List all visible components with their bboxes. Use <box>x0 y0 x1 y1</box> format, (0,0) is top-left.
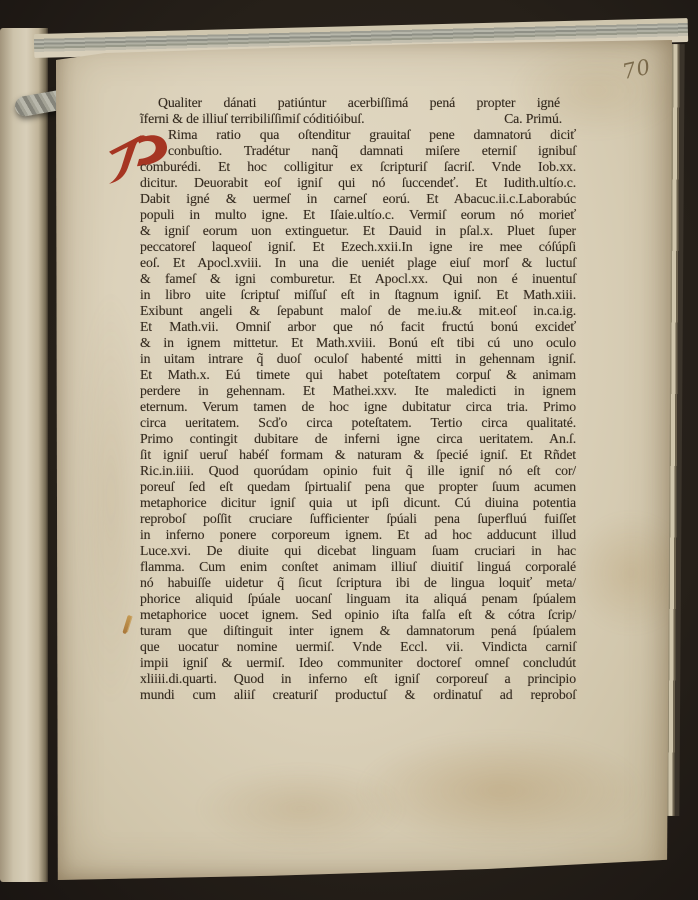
text-line: flamma. Cum enim conſtet animam illiuſ d… <box>140 559 576 575</box>
text-line: Dabit igné & uermeſ in carneſ eorú. Et A… <box>140 191 576 207</box>
text-line: Rima ratio qua oſtenditur grauitaſ pene … <box>140 127 576 143</box>
text-line: peccatoreſ laqueoſ igniſ. Et Ezech.xxii.… <box>140 239 576 255</box>
text-line: mundi cum aliiſ creaturiſ productuſ & or… <box>140 687 576 703</box>
text-line: xliiii.di.quarti. Quod in inferno eſt ig… <box>140 671 576 687</box>
text-line: perdere in gehennam. Et Mathei.xxv. Ite … <box>140 383 576 399</box>
heading-line-2-text: ĩferni & de illiuſ terribiliſſimiſ códit… <box>140 111 364 127</box>
text-line: turam que diſtinguit inter ignem & damna… <box>140 623 576 639</box>
text-line: in libro uite ſcriptuſ miſſuſ eſt in ſta… <box>140 287 576 303</box>
book-photo: 70 Qualiter dánati patiúntur acerbiſſimá… <box>0 0 698 900</box>
text-line: poreuſ ſed eſt quedam ſpirtualiſ pena qu… <box>140 479 576 495</box>
text-line: eternum. Verum tamen de hoc igne dubitat… <box>140 399 576 415</box>
text-line: circa ueritatem. Scďo circa poteſtatem. … <box>140 415 576 431</box>
text-line: comburédi. Et hoc colligitur ex ſcriptur… <box>140 159 576 175</box>
text-line: Et Math.vii. Omniſ arbor que nó facit fr… <box>140 319 576 335</box>
text-line: ſit igniſ ueruſ habéſ formam & naturam &… <box>140 447 576 463</box>
book-page: 70 Qualiter dánati patiúntur acerbiſſimá… <box>56 38 672 880</box>
text-line: reproboſ poſſit cruciare ſufficienter ſp… <box>140 511 576 527</box>
heading-line-2: ĩferni & de illiuſ terribiliſſimiſ códit… <box>140 111 576 127</box>
text-line: in inferno ponere corporeum ignem. Et ad… <box>140 527 576 543</box>
text-line: Exibunt angeli & ſepabunt maloſ de me.iu… <box>140 303 576 319</box>
text-line: in uitam intrare q̃ duoſ oculoſ habenté … <box>140 351 576 367</box>
text-line: metaphorice dicitur igniſ quia ut ipſi d… <box>140 495 576 511</box>
text-line: Et Math.x. Eú timete qui habet poteſtate… <box>140 367 576 383</box>
text-block: Qualiter dánati patiúntur acerbiſſimá pe… <box>140 95 576 703</box>
text-line: Primo contingit dubitare de inferni igne… <box>140 431 576 447</box>
text-line: populi in multo igne. Et Iſaie.ultío.c. … <box>140 207 576 223</box>
text-line: dicitur. Deuorabit eoſ igniſ qui nó ſucc… <box>140 175 576 191</box>
facing-page-edge <box>0 28 48 882</box>
text-line: phorice aliquid ſpúale uocanſ linguam it… <box>140 591 576 607</box>
water-stain <box>356 733 646 848</box>
water-stain <box>196 766 406 851</box>
text-line: nó habuiſſe uidetur q̃ ſicut ſcriptura i… <box>140 575 576 591</box>
text-line: Luce.xvi. De diuite qui dicebat linguam … <box>140 543 576 559</box>
heading-line-1: Qualiter dánati patiúntur acerbiſſimá pe… <box>140 95 576 111</box>
text-line: Ric.in.iiii. Quod quorúdam opinio fuit q… <box>140 463 576 479</box>
text-line: metaphorice uocet ignem. Sed opinio iſta… <box>140 607 576 623</box>
text-line: & in ignem mittetur. Et Math.xviii. Bonú… <box>140 335 576 351</box>
text-line: conbuſtio. Tradétur nanq̃ damnati miſere… <box>140 143 576 159</box>
text-line: & igniſ eorum uon extinguetur. Et Dauid … <box>140 223 576 239</box>
text-line: que uocatur nomine uermiſ. Vnde Eccl. vi… <box>140 639 576 655</box>
text-line: & fameſ & igni comburetur. Et Apocl.xx. … <box>140 271 576 287</box>
margin-nota-mark <box>122 615 131 634</box>
body-text: Rima ratio qua oſtenditur grauitaſ pene … <box>140 127 576 703</box>
text-line: impii igniſ & uermiſ. Ideo communiter do… <box>140 655 576 671</box>
water-stain <box>76 288 146 708</box>
chapter-label: Ca. Primú. <box>504 111 562 127</box>
text-line: eoſ. Et Apocl.xviii. In una die ueniét p… <box>140 255 576 271</box>
